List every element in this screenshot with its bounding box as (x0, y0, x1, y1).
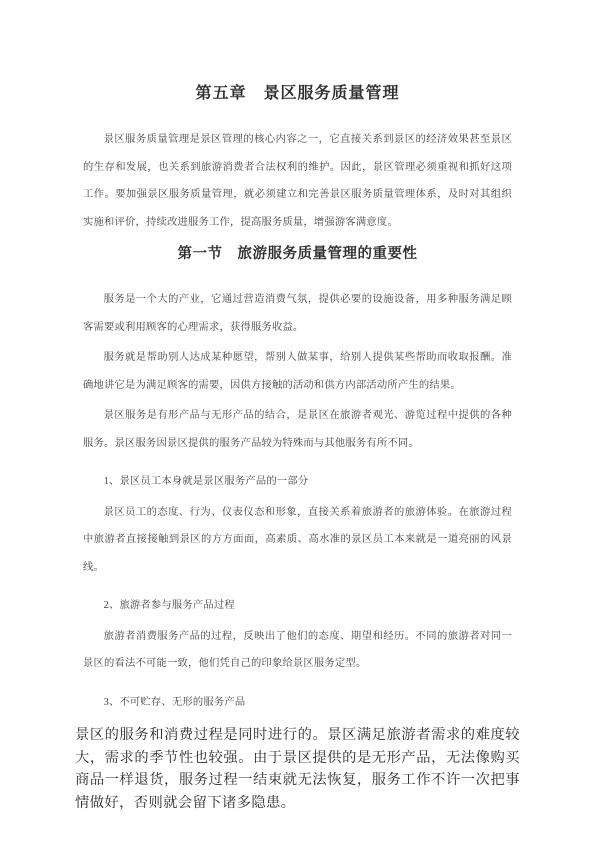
numbered-point-3-label: 3、不可贮存、无形的服务产品 (83, 689, 512, 717)
chapter-intro-paragraph: 景区服务质量管理是景区管理的核心内容之一，它直接关系到景区的经济效果甚至景区的生… (83, 126, 512, 236)
numbered-point-1-label: 1、景区员工本身就是景区服务产品的一部分 (83, 468, 512, 496)
paragraph: 景区服务是有形产品与无形产品的结合，是景区在旅游者观光、游览过程中提供的各种服务… (83, 402, 512, 457)
chapter-title: 第五章 景区服务质量管理 (83, 84, 512, 104)
scanned-text-block: 第五章 景区服务质量管理 景区服务质量管理是景区管理的核心内容之一，它直接关系到… (83, 84, 512, 716)
closing-paragraph: 景区的服务和消费过程是同时进行的。景区满足旅游者需求的难度较大，需求的季节性也较… (75, 724, 520, 814)
paragraph: 服务就是帮助别人达成某种愿望，帮别人做某事，给别人提供某些帮助而收取报酬。准确地… (83, 344, 512, 399)
paragraph: 服务是一个大的产业，它通过营造消费气氛，提供必要的设施设备，用多种服务满足顾客需… (83, 286, 512, 341)
numbered-point-2-label: 2、旅游者参与服务产品过程 (83, 592, 512, 620)
numbered-point-2-body: 旅游者消费服务产品的过程，反映出了他们的态度、期望和经历。不同的旅游者对同一景区… (83, 623, 512, 678)
document-page: 第五章 景区服务质量管理 景区服务质量管理是景区管理的核心内容之一，它直接关系到… (0, 0, 595, 842)
section-title: 第一节 旅游服务质量管理的重要性 (83, 244, 512, 264)
numbered-point-1-body: 景区员工的态度、行为、仪表仪态和形象，直接关系着旅游者的旅游体验。在旅游过程中旅… (83, 499, 512, 582)
